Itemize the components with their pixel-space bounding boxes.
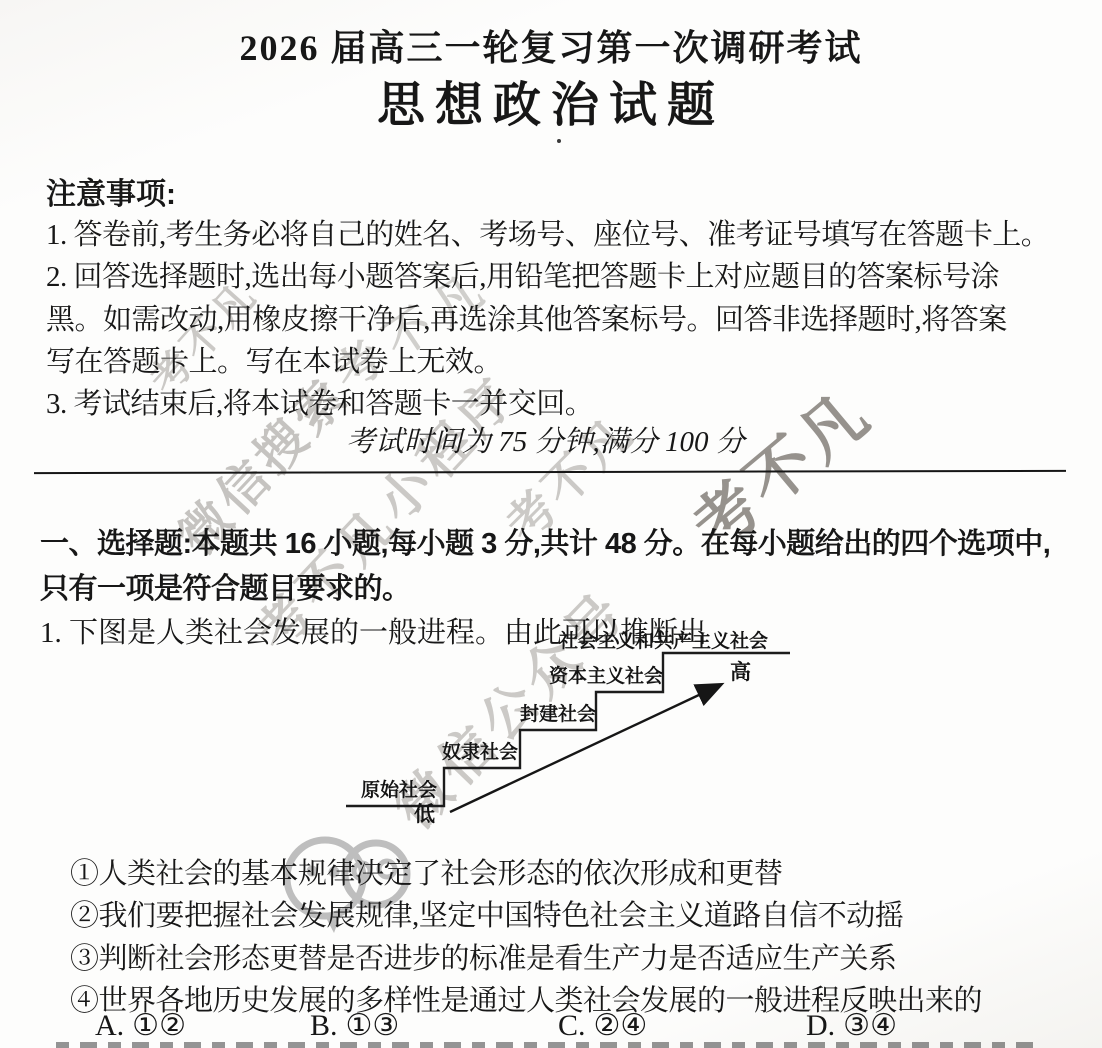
choice-d-value: ③④	[843, 1009, 897, 1042]
choice-a: A.①②	[95, 1008, 186, 1043]
exam-duration-note: 考试时间为 75 分钟,满分 100 分	[346, 419, 745, 460]
social-development-stairs-diagram: 原始社会 奴隶社会 封建社会 资本主义社会 社会主义和共产主义社会 低 高	[330, 622, 805, 837]
diagram-step-label-2: 奴隶社会	[442, 737, 518, 764]
section-header-line1: 一、选择题:本题共 16 小题,每小题 3 分,共计 48 分。在每小题给出的四…	[40, 521, 1050, 562]
diagram-low-label: 低	[414, 798, 435, 828]
choice-c-label: C.	[558, 1009, 586, 1042]
cutoff-next-line-strip	[56, 1042, 1038, 1048]
choice-b: B.①③	[310, 1008, 399, 1043]
diagram-step-label-4: 资本主义社会	[549, 661, 663, 688]
notice-line-5: 3. 考试结束后,将本试卷和答题卡一并交回。	[46, 381, 593, 422]
diagram-high-label: 高	[730, 656, 751, 686]
exam-title: 2026 届高三一轮复习第一次调研考试	[0, 20, 1102, 71]
exam-subject-title: 思想政治试题	[0, 66, 1102, 135]
choice-d-label: D.	[806, 1009, 835, 1042]
scan-speck	[557, 139, 561, 143]
diagram-step-label-5: 社会主义和共产主义社会	[559, 626, 768, 653]
choice-a-value: ①②	[132, 1009, 186, 1042]
notice-line-3: 黑。如需改动,用橡皮擦干净后,再选涂其他答案标号。回答非选择题时,将答案	[46, 297, 1007, 338]
notice-line-4: 写在答题卡上。写在本试卷上无效。	[46, 339, 502, 380]
choice-a-label: A.	[95, 1009, 124, 1042]
notice-line-2: 2. 回答选择题时,选出每小题答案后,用铅笔把答题卡上对应题目的答案标号涂	[46, 254, 999, 295]
statement-1: ①人类社会的基本规律决定了社会形态的依次形成和更替	[70, 851, 783, 892]
diagram-step-label-3: 封建社会	[520, 699, 596, 726]
exam-paper-page: 考不凡 考不凡 微信搜索 考不凡小程序 微信公众号 考不凡 考不凡 2026 届…	[0, 0, 1102, 1048]
divider-rule	[34, 470, 1066, 474]
choice-d: D.③④	[806, 1008, 897, 1043]
statement-2: ②我们要把握社会发展规律,坚定中国特色社会主义道路自信不动摇	[70, 893, 903, 934]
choice-c: C.②④	[558, 1008, 647, 1043]
choice-b-label: B.	[310, 1009, 338, 1042]
section-header-line2: 只有一项是符合题目要求的。	[40, 566, 411, 607]
choice-b-value: ①③	[346, 1009, 400, 1042]
notice-line-1: 1. 答卷前,考生务必将自己的姓名、考场号、座位号、准考证号填写在答题卡上。	[46, 212, 1049, 253]
stairs-lines	[330, 622, 805, 837]
notice-heading: 注意事项:	[46, 169, 176, 213]
choice-c-value: ②④	[594, 1009, 648, 1042]
statement-3: ③判断社会形态更替是否进步的标准是看生产力是否适应生产关系	[70, 936, 897, 977]
